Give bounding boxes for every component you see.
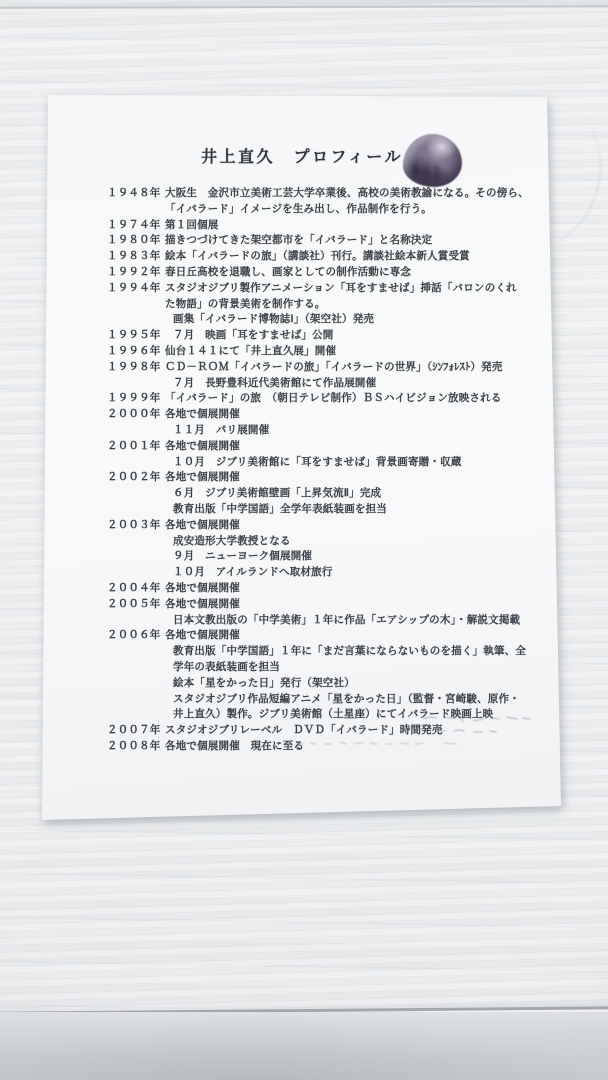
timeline-text: 描きつづけてきた架空都市を「イバラード」と名称決定 — [165, 233, 432, 249]
timeline-line: ７月 長野豊科近代美術館にて作品展開催 — [42, 376, 562, 392]
timeline-line: １０月 アイルランドへ取材旅行 — [42, 565, 562, 581]
timeline-line: ２００６年各地で個展開催 — [42, 628, 562, 644]
timeline-text: 絵本「星をかった日」発行（架空社） — [165, 676, 355, 692]
timeline-year: ２００１年 — [107, 439, 165, 455]
timeline: １９４８年大阪生 金沢市立美術工芸大学卒業後、高校の美術教諭になる。その傍ら、「… — [42, 186, 562, 755]
timeline-year — [107, 549, 165, 565]
paper-document: 井上直久 プロフィール １９４８年大阪生 金沢市立美術工芸大学卒業後、高校の美術… — [42, 92, 562, 822]
timeline-text: 学年の表紙装画を担当 — [165, 660, 280, 676]
timeline-line: 学年の表紙装画を担当 — [42, 660, 562, 676]
timeline-line: ２００１年各地で個展開催 — [42, 439, 562, 455]
timeline-year: １９４８年 — [107, 186, 165, 202]
timeline-year: ２００６年 — [107, 628, 165, 644]
timeline-year: １９７４年 — [107, 218, 165, 234]
timeline-text: 各地で個展開催 — [165, 597, 240, 613]
timeline-text: 各地で個展開催 — [165, 470, 240, 486]
timeline-text: 「イバラード」の旅 （朝日テレビ制作）ＢＳハイビジョン放映される — [165, 391, 502, 407]
timeline-text: 各地で個展開催 — [165, 439, 240, 455]
timeline-year — [107, 455, 165, 471]
timeline-text: 第１回個展 — [165, 218, 219, 234]
timeline-year: １９９８年 — [107, 360, 165, 376]
timeline-text: １０月 アイルランドへ取材旅行 — [165, 565, 333, 581]
timeline-line: ９月 ニューヨーク個展開催 — [42, 549, 562, 565]
timeline-line: １９４８年大阪生 金沢市立美術工芸大学卒業後、高校の美術教諭になる。その傍ら、 — [42, 186, 562, 202]
timeline-line: １９９８年ＣＤ－ＲＯＭ「イバラードの旅」「イバラードの世界」（ｼﾝﾌｫﾚｽﾄ）発… — [42, 360, 562, 376]
timeline-year — [107, 707, 165, 723]
timeline-line: １９８３年絵本「イバラードの旅」（講談社）刊行。講談社絵本新人賞受賞 — [42, 249, 562, 265]
timeline-year: １９８３年 — [107, 249, 165, 265]
timeline-line: ６月 ジブリ美術館壁画「上昇気流Ⅱ」完成 — [42, 486, 562, 502]
timeline-line: 絵本「星をかった日」発行（架空社） — [42, 676, 562, 692]
timeline-year — [107, 486, 165, 502]
timeline-year: ２００７年 — [107, 723, 165, 739]
timeline-line: スタジオジブリ作品短編アニメ「星をかった日」（監督・宮崎駿、原作・ — [42, 692, 562, 708]
timeline-text: ９月 ニューヨーク個展開催 — [165, 549, 312, 565]
timeline-text: 教育出版「中学国語」全学年表紙装画を担当 — [165, 502, 387, 518]
timeline-text: ６月 ジブリ美術館壁画「上昇気流Ⅱ」完成 — [165, 486, 381, 502]
timeline-year: １９９５年 — [107, 328, 165, 344]
timeline-year — [107, 502, 165, 518]
timeline-text: 「イバラード」イメージを生み出し、作品制作を行う。 — [165, 202, 432, 218]
photo-of-document: 井上直久 プロフィール １９４８年大阪生 金沢市立美術工芸大学卒業後、高校の美術… — [0, 0, 608, 1080]
timeline-year: ２００４年 — [107, 581, 165, 597]
timeline-line: ２０００年各地で個展開催 — [42, 407, 562, 423]
timeline-text: 成安造形大学教授となる — [165, 534, 291, 550]
timeline-line: １０月 ジブリ美術館に「耳をすませば」背景画寄贈・収蔵 — [42, 455, 562, 471]
timeline-text: 各地で個展開催 — [165, 581, 240, 597]
timeline-line: １９９６年仙台１４１にて「井上直久展」開催 — [42, 344, 562, 360]
stone-artwork-image — [403, 134, 462, 187]
timeline-line: ２００５年各地で個展開催 — [42, 597, 562, 613]
timeline-year: ２００２年 — [107, 470, 165, 486]
timeline-line: １９８０年描きつづけてきた架空都市を「イバラード」と名称決定 — [42, 233, 562, 249]
timeline-year: １９９６年 — [107, 344, 165, 360]
timeline-line: ２００３年各地で個展開催 — [42, 518, 562, 534]
timeline-text: た物語」の背景美術を制作する。 — [165, 297, 326, 313]
timeline-text: 絵本「イバラードの旅」（講談社）刊行。講談社絵本新人賞受賞 — [165, 249, 470, 265]
timeline-line: １９７４年第１回個展 — [42, 218, 562, 234]
timeline-year: ２０００年 — [107, 407, 165, 423]
timeline-year: １９９４年 — [107, 281, 165, 297]
timeline-text: 画集「イバラード博物誌Ⅰ」（架空社）発売 — [165, 312, 374, 328]
timeline-line: １９９９年「イバラード」の旅 （朝日テレビ制作）ＢＳハイビジョン放映される — [42, 391, 562, 407]
timeline-text: 大阪生 金沢市立美術工芸大学卒業後、高校の美術教諭になる。その傍ら、 — [165, 186, 529, 202]
timeline-line: 日本文教出版の「中学美術」１年に作品「エアシップの木」・解説文掲載 — [42, 613, 562, 629]
timeline-text: ７月 映画「耳をすませば」公開 — [165, 328, 334, 344]
timeline-line: １９９５年７月 映画「耳をすませば」公開 — [42, 328, 562, 344]
timeline-line: １９９２年春日丘高校を退職し、画家としての制作活動に専念 — [42, 265, 562, 281]
timeline-line: ２００２年各地で個展開催 — [42, 470, 562, 486]
timeline-line: た物語」の背景美術を制作する。 — [42, 297, 562, 313]
timeline-year: ２００８年 — [107, 739, 165, 755]
paper-sheet: 井上直久 プロフィール １９４８年大阪生 金沢市立美術工芸大学卒業後、高校の美術… — [42, 92, 562, 822]
timeline-year — [107, 692, 165, 708]
timeline-line: １９９４年スタジオジブリ製作アニメーション「耳をすませば」挿話「バロンのくれ — [42, 281, 562, 297]
timeline-year: １９８０年 — [107, 233, 165, 249]
timeline-year — [107, 565, 165, 581]
timeline-year — [107, 644, 165, 660]
timeline-year — [107, 613, 165, 629]
timeline-text: スタジオジブリ製作アニメーション「耳をすませば」挿話「バロンのくれ — [165, 281, 517, 297]
timeline-year — [107, 676, 165, 692]
timeline-line: 教育出版「中学国語」全学年表紙装画を担当 — [42, 502, 562, 518]
timeline-year: ２００５年 — [107, 597, 165, 613]
timeline-text: ７月 長野豊科近代美術館にて作品展開催 — [165, 376, 376, 392]
timeline-year — [107, 376, 165, 392]
plank-groove — [0, 1006, 608, 1014]
timeline-year: １９９９年 — [107, 391, 165, 407]
timeline-line: 画集「イバラード博物誌Ⅰ」（架空社）発売 — [42, 312, 562, 328]
timeline-year: １９９２年 — [107, 265, 165, 281]
timeline-text: １１月 パリ展開催 — [165, 423, 269, 439]
timeline-year — [107, 202, 165, 218]
timeline-line: 「イバラード」イメージを生み出し、作品制作を行う。 — [42, 202, 562, 218]
plank-groove — [0, 5, 608, 9]
timeline-text: 春日丘高校を退職し、画家としての制作活動に専念 — [165, 265, 411, 281]
timeline-year — [107, 312, 165, 328]
timeline-line: ２００４年各地で個展開催 — [42, 581, 562, 597]
pencil-smudge — [420, 712, 560, 738]
timeline-year — [107, 534, 165, 550]
wood-bottom-shadow — [0, 1012, 608, 1080]
timeline-line: 教育出版「中学国語」１年に「まだ言葉にならないものを描く」執筆、全 — [42, 644, 562, 660]
pencil-smudge — [294, 736, 469, 750]
timeline-text: ＣＤ－ＲＯＭ「イバラードの旅」「イバラードの世界」（ｼﾝﾌｫﾚｽﾄ）発売 — [165, 360, 503, 376]
timeline-text: 各地で個展開催 — [165, 407, 240, 423]
timeline-text: 各地で個展開催 現在に至る — [165, 739, 304, 755]
timeline-line: １１月 パリ展開催 — [42, 423, 562, 439]
timeline-text: スタジオジブリ作品短編アニメ「星をかった日」（監督・宮崎駿、原作・ — [165, 692, 520, 708]
timeline-line: 成安造形大学教授となる — [42, 534, 562, 550]
timeline-year — [107, 660, 165, 676]
timeline-text: 日本文教出版の「中学美術」１年に作品「エアシップの木」・解説文掲載 — [165, 613, 520, 629]
timeline-year: ２００３年 — [107, 518, 165, 534]
timeline-text: １０月 ジブリ美術館に「耳をすませば」背景画寄贈・収蔵 — [165, 455, 461, 471]
timeline-text: 仙台１４１にて「井上直久展」開催 — [165, 344, 336, 360]
timeline-year — [107, 423, 165, 439]
timeline-year — [107, 297, 165, 313]
timeline-text: 各地で個展開催 — [165, 518, 240, 534]
document-title: 井上直久 プロフィール — [42, 144, 562, 167]
timeline-text: 各地で個展開催 — [165, 628, 240, 644]
timeline-text: 教育出版「中学国語」１年に「まだ言葉にならないものを描く」執筆、全 — [165, 644, 526, 660]
